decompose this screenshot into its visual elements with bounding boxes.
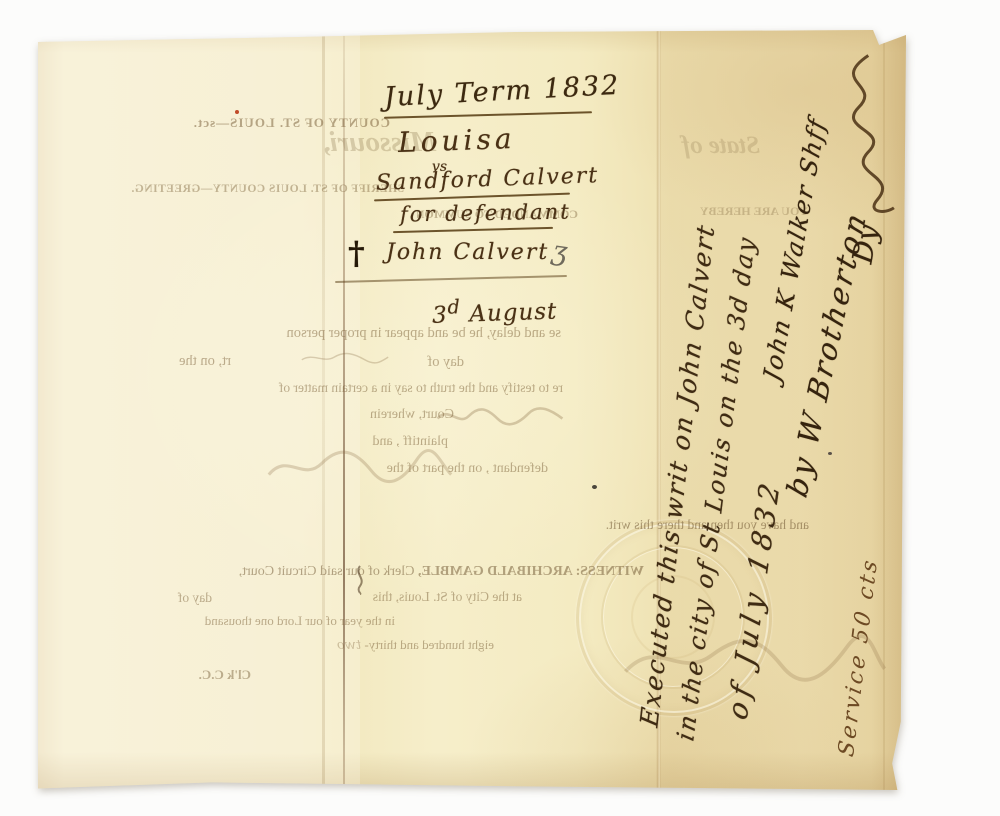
ink-speck: [828, 452, 832, 455]
witness-check-mark: †: [348, 234, 365, 272]
bleed-greeting-line: SHERIFF OF ST. LOUIS COUNTY—GREETING.: [140, 183, 404, 195]
return-day-ordinal: d: [447, 295, 461, 318]
bleed-witness-line-4: eight hundred and thirty- two: [256, 637, 494, 653]
underline-stroke: [393, 227, 553, 233]
endorsement-return-date: 3d August: [431, 292, 557, 329]
bleed-witness-line-2b: day of: [166, 590, 212, 606]
endorsement-role-note: for defendant: [400, 200, 571, 227]
bleed-body-line-1: se and delay, he be and appear in proper…: [145, 325, 561, 342]
paper-sheet: COUNTY OF ST. LOUIS—sct. Missouri, State…: [38, 30, 906, 790]
bleed-body-line-2b: day of: [414, 354, 464, 371]
return-day: 3: [432, 302, 449, 329]
bleed-witness-line-2: at the City of St. Louis, this: [358, 589, 522, 605]
bleed-year-printed: eight hundred and thirty-: [364, 637, 494, 652]
document-scan: COUNTY OF ST. LOUIS—sct. Missouri, State…: [0, 0, 1000, 816]
ink-bleed-flourish: [255, 448, 465, 486]
ink-bleed-flourish: [430, 403, 570, 429]
bleed-witness-line: WITNESS: ARCHIBALD GAMBLE, Clerk of our …: [138, 564, 644, 580]
bleed-body-line-2a: rt, on the: [145, 353, 231, 370]
ink-bleed-flourish: [300, 348, 390, 368]
bleed-year-script: two: [337, 638, 361, 653]
endorsement-plaintiff-name: Louisa: [397, 122, 516, 159]
red-speck: [235, 110, 239, 114]
return-month: August: [469, 298, 558, 327]
bleed-clerk-abbrev: Cl'k C.C.: [191, 667, 251, 683]
bleed-witness-clerk-name: WITNESS: ARCHIBALD GAMBLE,: [418, 564, 644, 579]
endorsement-term-line: July Term 1832: [383, 70, 621, 113]
underline-stroke: [335, 275, 567, 283]
bleed-witness-clerk-title: Clerk of our said Circuit Court,: [239, 564, 418, 579]
bleed-body-line-3: re to testify and the truth to say in a …: [143, 380, 563, 396]
endorsement-defendant-name: Sandford Calvert: [376, 163, 600, 196]
endorsement-witness-name: John Calvert: [386, 240, 549, 265]
underline-stroke: [384, 111, 592, 118]
ink-bleed-mark: [352, 564, 368, 596]
paper-surface: COUNTY OF ST. LOUIS—sct. Missouri, State…: [38, 30, 906, 790]
bleed-witness-line-3: in the year of our Lord one thousand: [181, 613, 395, 629]
pencil-flourish: ʒ: [550, 235, 569, 268]
ink-speck: [592, 485, 597, 489]
